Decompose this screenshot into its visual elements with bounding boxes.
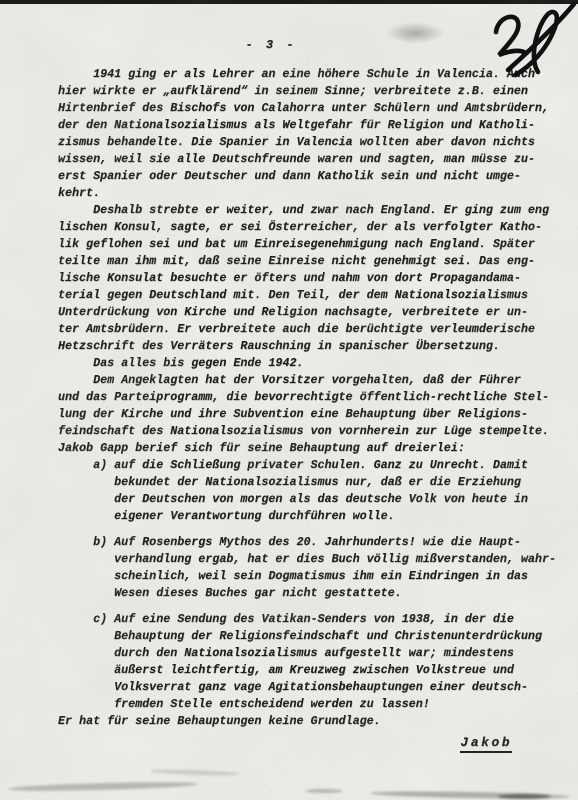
text-line: a) auf die Schließung privater Schulen. … <box>58 457 564 474</box>
text-line: Hetzschrift des Verräters Rauschning in … <box>58 338 564 355</box>
signature-row: Jakob <box>58 733 564 753</box>
text-line: ter Amtsbrüdern. Er verbreitete auch die… <box>58 321 564 338</box>
text-line: Deshalb strebte er weiter, und zwar nach… <box>58 202 564 219</box>
text-line: der Deutschen von morgen als das deutsch… <box>58 491 564 508</box>
page-number: - 3 - <box>18 38 524 52</box>
signature-underlined: Jakob <box>460 735 512 753</box>
text-line: verhandlung ergab, hat er dies Buch völl… <box>58 551 564 568</box>
text-line: Dem Angeklagten hat der Vorsitzer vorgeh… <box>58 372 564 389</box>
text-line: und das Parteiprogramm, die bevorrechtig… <box>58 389 564 406</box>
text-line: lik geflohen sei und bat um Einreisegene… <box>58 236 564 253</box>
text-line: erst Spanier oder Deutscher und dann Kat… <box>58 168 564 185</box>
text-line <box>58 525 564 534</box>
text-line: hier wirkte er „aufklärend“ in seinem Si… <box>58 83 564 100</box>
text-line: wissen, weil sie alle Deutschfreunde war… <box>58 151 564 168</box>
text-line: lung der Kirche und ihre Subvention eine… <box>58 406 564 423</box>
text-line: terial gegen Deutschland mit. Den Teil, … <box>58 287 564 304</box>
text-line: Behauptung der Religionsfeindschaft und … <box>58 628 564 645</box>
text-line: Das alles bis gegen Ende 1942. <box>58 355 564 372</box>
text-line: eigener Verantwortung durchführen wolle. <box>58 508 564 525</box>
text-line: lischen Konsul, sagte, er sei Österreich… <box>58 219 564 236</box>
text-line <box>58 602 564 611</box>
scan-smudge <box>305 789 343 793</box>
text-line: c) Auf eine Sendung des Vatikan-Senders … <box>58 611 564 628</box>
document-content: - 3 - 1941 ging er als Lehrer an eine hö… <box>58 38 564 753</box>
text-line: feindschaft des Nationalsozialismus von … <box>58 423 564 440</box>
text-line: Hirtenbrief des Bischofs von Calahorra u… <box>58 100 564 117</box>
text-line: kehrt. <box>58 185 564 202</box>
scanned-document-page: - 3 - 1941 ging er als Lehrer an eine hö… <box>0 0 578 800</box>
handwritten-page-mark <box>486 2 578 84</box>
text-line: Wesen dieses Buches gar nicht gestattete… <box>58 585 564 602</box>
text-line: Er hat für seine Behauptungen keine Grun… <box>58 713 564 730</box>
typewritten-text-block: 1941 ging er als Lehrer an eine höhere S… <box>58 66 564 730</box>
scan-smudge <box>8 781 198 793</box>
text-line: zismus behandelte. Die Spanier in Valenc… <box>58 134 564 151</box>
text-line: lische Konsulat besuchte er öfters und n… <box>58 270 564 287</box>
scan-smudge <box>498 794 550 799</box>
text-line: äußerst leichtfertig, am Kreuzweg zwisch… <box>58 662 564 679</box>
text-line: Volksverrat ganz vage Agitationsbehauptu… <box>58 679 564 696</box>
text-line: durch den Nationalsozialismus aufgestell… <box>58 645 564 662</box>
text-line: teilte man ihm mit, daß seine Einreise n… <box>58 253 564 270</box>
text-line: bekundet der Nationalsozialismus nur, da… <box>58 474 564 491</box>
text-line: fremden Stelle entscheidend werden zu la… <box>58 696 564 713</box>
text-line: Unterdrückung von Kirche und Religion na… <box>58 304 564 321</box>
text-line: der den Nationalsozialismus als Weltgefa… <box>58 117 564 134</box>
text-line: scheinlich, weil sein Dogmatismus ihm ei… <box>58 568 564 585</box>
text-line: Jakob Gapp berief sich für seine Behaupt… <box>58 440 564 457</box>
text-line: b) Auf Rosenbergs Mythos des 20. Jahrhun… <box>58 534 564 551</box>
scan-smudge <box>150 768 240 776</box>
